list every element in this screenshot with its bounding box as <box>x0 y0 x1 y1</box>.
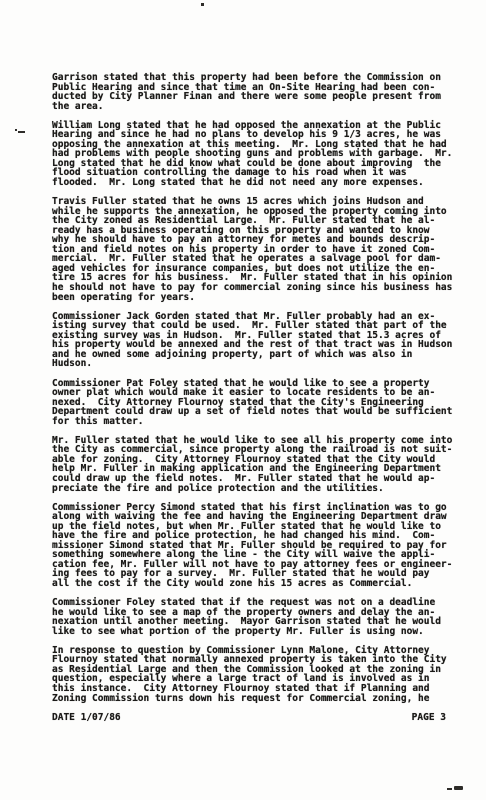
paragraph-lynn-malone: In response to question by Commissioner … <box>52 646 464 703</box>
margin-mark-dot <box>15 129 17 131</box>
scan-speck <box>201 3 204 6</box>
paragraph-percy-simond: Commissioner Percy Simond stated that hi… <box>52 503 464 589</box>
paragraph-william-long: William Long stated that he had opposed … <box>52 121 464 188</box>
paragraph-jack-gorden: Commissioner Jack Gorden stated that Mr.… <box>52 312 464 369</box>
paragraph-garrison-onsite-hearing: Garrison stated that this property had b… <box>52 73 464 111</box>
scanned-document-page: Garrison stated that this property had b… <box>0 0 486 800</box>
paragraph-foley-deadline: Commissioner Foley stated that if the re… <box>52 598 464 636</box>
paragraph-fuller-commercial: Mr. Fuller stated that he would like to … <box>52 436 464 493</box>
page-footer: DATE 1/07/86 PAGE 3 <box>52 713 464 723</box>
scan-smudge-dash <box>447 788 452 790</box>
paragraph-travis-fuller: Travis Fuller stated that he owns 15 acr… <box>52 197 464 302</box>
minutes-text-block: Garrison stated that this property had b… <box>52 73 464 722</box>
footer-page-number: PAGE 3 <box>412 713 446 723</box>
paragraph-pat-foley: Commissioner Pat Foley stated that he wo… <box>52 379 464 427</box>
scan-smudge-blob <box>454 786 463 790</box>
margin-dash-mark <box>18 131 25 133</box>
footer-date: DATE 1/07/86 <box>52 713 121 723</box>
